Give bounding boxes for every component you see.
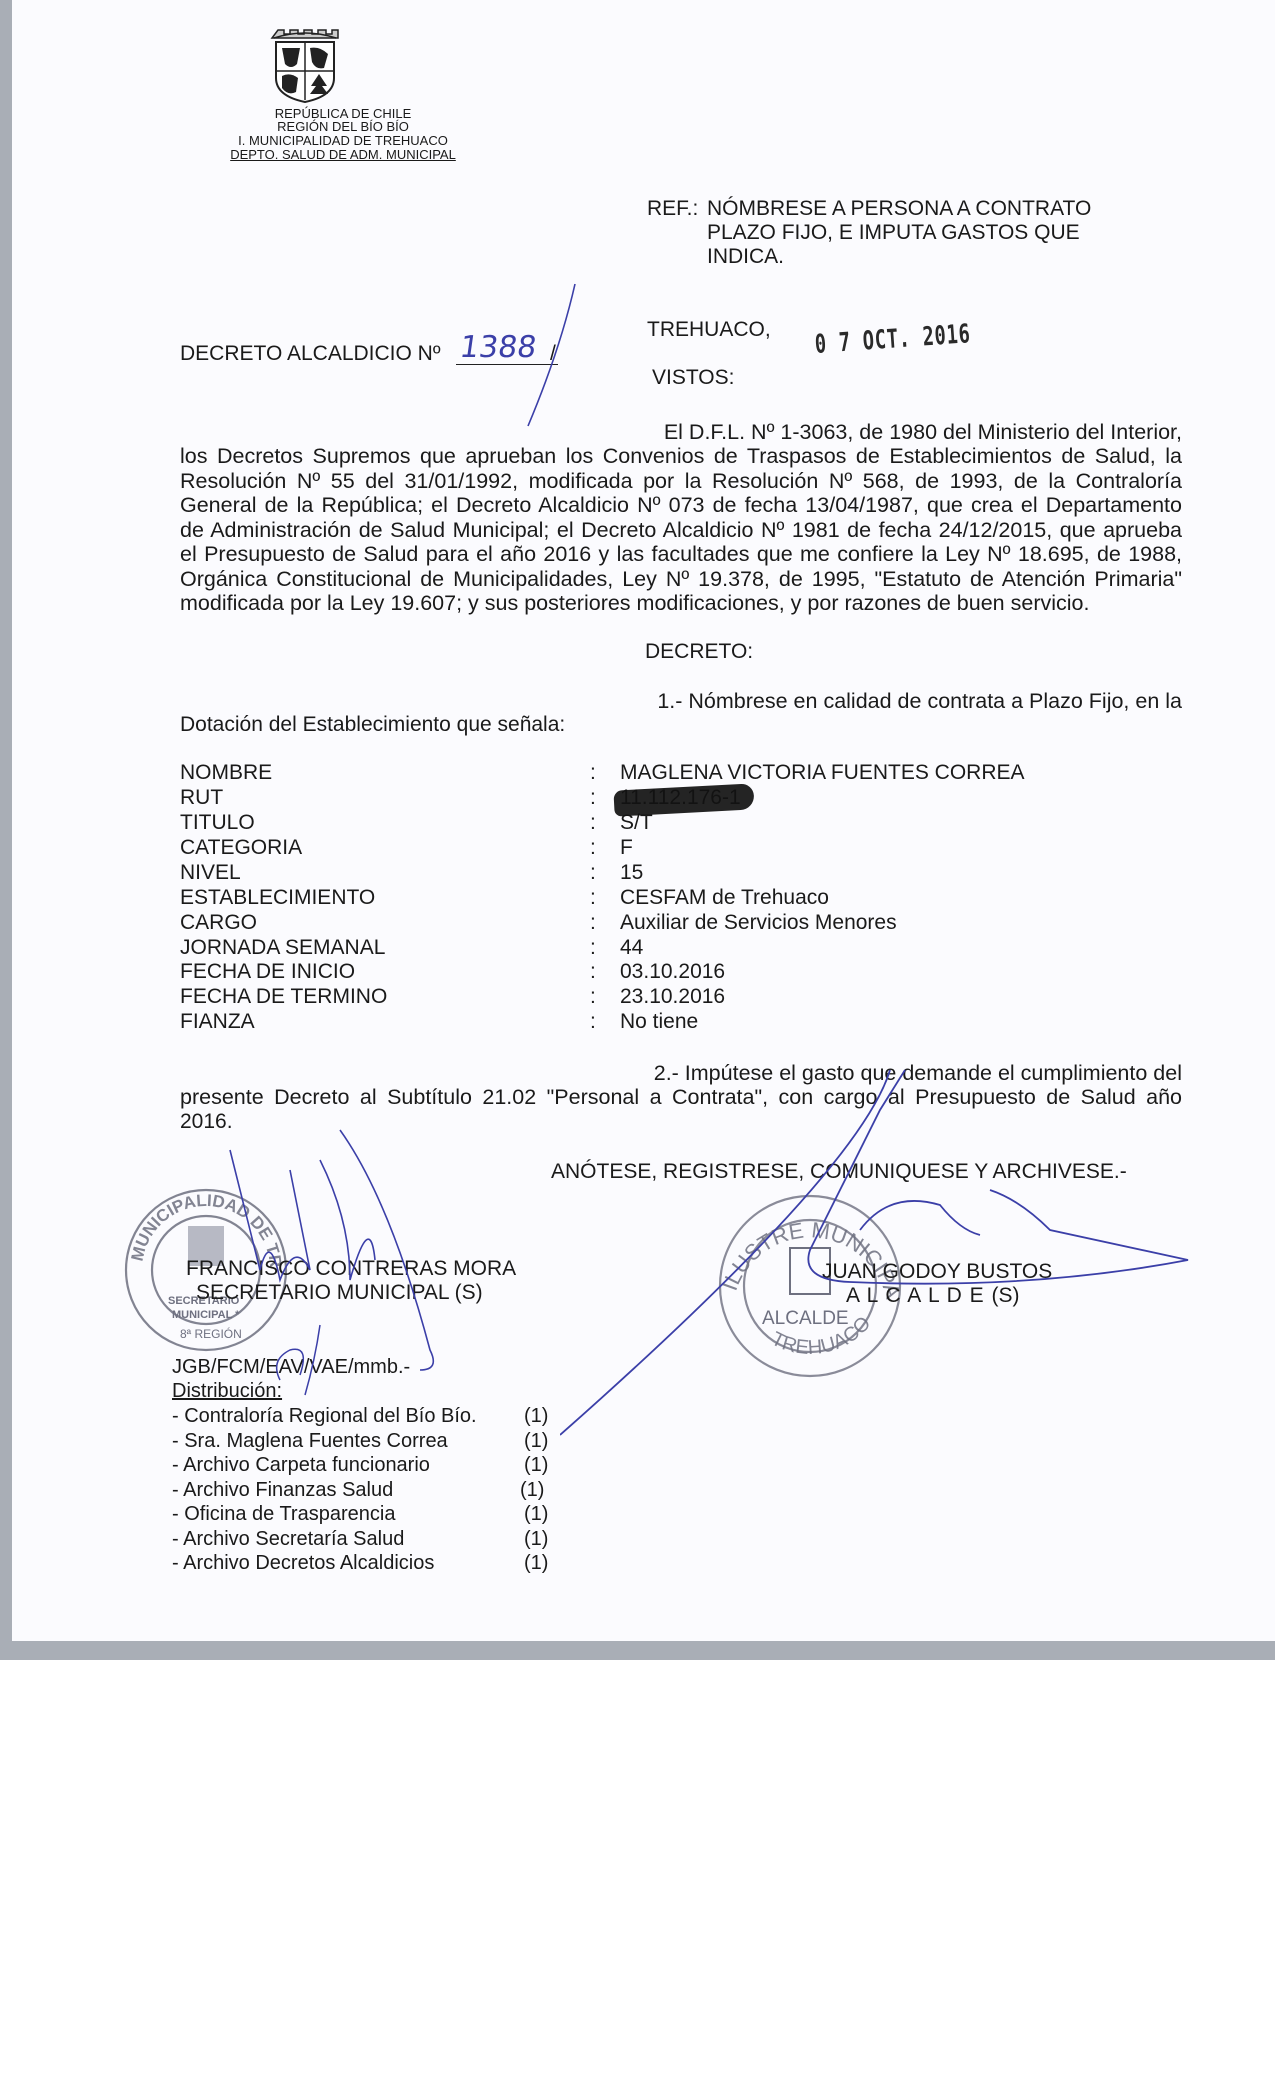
vistos-line-4: General de la República; el Decreto Alca…	[180, 493, 1182, 518]
field-label: TITULO	[180, 811, 580, 835]
header-line-3: I. MUNICIPALIDAD DE TREHUACO	[213, 134, 473, 148]
copies: (1)	[524, 1453, 548, 1478]
field-separator: :	[590, 1010, 596, 1034]
ref-line-3: INDICA.	[707, 245, 784, 269]
recipient: - Archivo Carpeta funcionario	[172, 1454, 430, 1476]
decreto-item1-line2: Dotación del Establecimiento que señala:	[180, 713, 565, 737]
decreto-item2-line2: presente Decreto al Subtítulo 21.02 "Per…	[180, 1085, 1182, 1110]
field-separator: :	[590, 786, 596, 810]
field-separator: :	[590, 960, 596, 984]
field-label: FECHA DE INICIO	[180, 960, 580, 984]
place-label: TREHUACO,	[647, 318, 771, 342]
field-label: NOMBRE	[180, 761, 580, 785]
field-value-cargo: Auxiliar de Servicios Menores	[620, 911, 897, 935]
field-value-fecha-termino: 23.10.2016	[620, 985, 725, 1009]
recipient: - Contraloría Regional del Bío Bío.	[172, 1405, 477, 1427]
initials: JGB/FCM/EAV/VAE/mmb.-	[172, 1356, 410, 1379]
closing-formula: ANÓTESE, REGISTRESE, COMUNIQUESE Y ARCHI…	[551, 1160, 1127, 1184]
field-separator: :	[590, 861, 596, 885]
distribution-label: Distribución:	[172, 1380, 282, 1403]
list-item: - Archivo Finanzas Salud(1)	[172, 1478, 393, 1503]
list-item: - Sra. Maglena Fuentes Correa(1)	[172, 1429, 448, 1454]
decreto-item2-line3: 2016.	[180, 1110, 233, 1134]
list-item: - Contraloría Regional del Bío Bío.(1)	[172, 1404, 477, 1429]
decree-number-handwritten: 1388	[458, 330, 539, 365]
list-item: - Archivo Secretaría Salud(1)	[172, 1527, 404, 1552]
field-separator: :	[590, 811, 596, 835]
recipient: - Archivo Decretos Alcaldicios	[172, 1552, 434, 1574]
recipient: - Sra. Maglena Fuentes Correa	[172, 1430, 448, 1452]
field-value-establecimiento: CESFAM de Trehuaco	[620, 886, 829, 910]
field-separator: :	[590, 886, 596, 910]
copies: (1)	[524, 1404, 548, 1429]
ref-line-2: PLAZO FIJO, E IMPUTA GASTOS QUE	[707, 221, 1080, 245]
field-value-fianza: No tiene	[620, 1010, 698, 1034]
field-separator: :	[590, 836, 596, 860]
ref-line-1: NÓMBRESE A PERSONA A CONTRATO	[707, 197, 1091, 221]
copies: (1)	[524, 1429, 548, 1454]
vistos-line-7: Orgánica Constitucional de Municipalidad…	[180, 567, 1182, 592]
vistos-line-5: de Administración de Salud Municipal; el…	[180, 518, 1182, 543]
vistos-line-8: modificada por la Ley 19.607; y sus post…	[180, 591, 1182, 616]
field-label: FECHA DE TERMINO	[180, 985, 580, 1009]
decreto-label: DECRETO:	[645, 640, 753, 664]
copies: (1)	[524, 1502, 548, 1527]
decree-label: DECRETO ALCALDICIO Nº	[180, 342, 441, 366]
field-value-categoria: F	[620, 836, 633, 860]
field-separator: :	[590, 936, 596, 960]
field-separator: :	[590, 761, 596, 785]
field-label: CATEGORIA	[180, 836, 580, 860]
field-separator: :	[590, 985, 596, 1009]
field-label: FIANZA	[180, 1010, 580, 1034]
field-label: NIVEL	[180, 861, 580, 885]
copies: (1)	[520, 1478, 544, 1503]
field-value-jornada: 44	[620, 936, 643, 960]
decree-number-slash: /	[550, 342, 556, 366]
list-item: - Oficina de Trasparencia(1)	[172, 1502, 395, 1527]
copies: (1)	[524, 1551, 548, 1576]
list-item: - Archivo Carpeta funcionario(1)	[172, 1453, 430, 1478]
field-label: ESTABLECIMIENTO	[180, 886, 580, 910]
vistos-line-6: el Presupuesto de Salud para el año 2016…	[180, 542, 1182, 567]
field-value-fecha-inicio: 03.10.2016	[620, 960, 725, 984]
vistos-line-3: Resolución Nº 55 del 31/01/1992, modific…	[180, 469, 1182, 494]
ref-label: REF.:	[647, 197, 698, 221]
field-value-nombre: MAGLENA VICTORIA FUENTES CORREA	[620, 761, 1025, 785]
mayor-title: A L C A L D E (S)	[846, 1284, 1020, 1308]
vistos-line-2: los Decretos Supremos que aprueban los C…	[180, 444, 1182, 469]
recipient: - Oficina de Trasparencia	[172, 1503, 395, 1525]
recipient: - Archivo Finanzas Salud	[172, 1479, 393, 1501]
recipient: - Archivo Secretaría Salud	[172, 1528, 404, 1550]
vistos-line-1: El D.F.L. Nº 1-3063, de 1980 del Ministe…	[648, 420, 1182, 445]
vistos-label: VISTOS:	[652, 366, 734, 390]
list-item: - Archivo Decretos Alcaldicios(1)	[172, 1551, 434, 1576]
coat-of-arms-icon	[262, 22, 348, 104]
decreto-item2-line1: 2.- Impútese el gasto que demande el cum…	[628, 1061, 1182, 1085]
field-value-nivel: 15	[620, 861, 643, 885]
secretary-name: FRANCISCO CONTRERAS MORA	[186, 1257, 516, 1281]
mayor-name: JUAN GODOY BUSTOS	[822, 1260, 1052, 1284]
field-label: JORNADA SEMANAL	[180, 936, 580, 960]
secretary-title: SECRETARIO MUNICIPAL (S)	[196, 1281, 483, 1305]
field-separator: :	[590, 911, 596, 935]
decreto-item1-line1: 1.- Nómbrese en calidad de contrata a Pl…	[628, 689, 1182, 713]
copies: (1)	[524, 1527, 548, 1552]
field-label: RUT	[180, 786, 580, 810]
header-line-2: REGIÓN DEL BÍO BÍO	[213, 120, 473, 134]
header-department: DEPTO. SALUD DE ADM. MUNICIPAL	[213, 148, 473, 162]
field-label: CARGO	[180, 911, 580, 935]
